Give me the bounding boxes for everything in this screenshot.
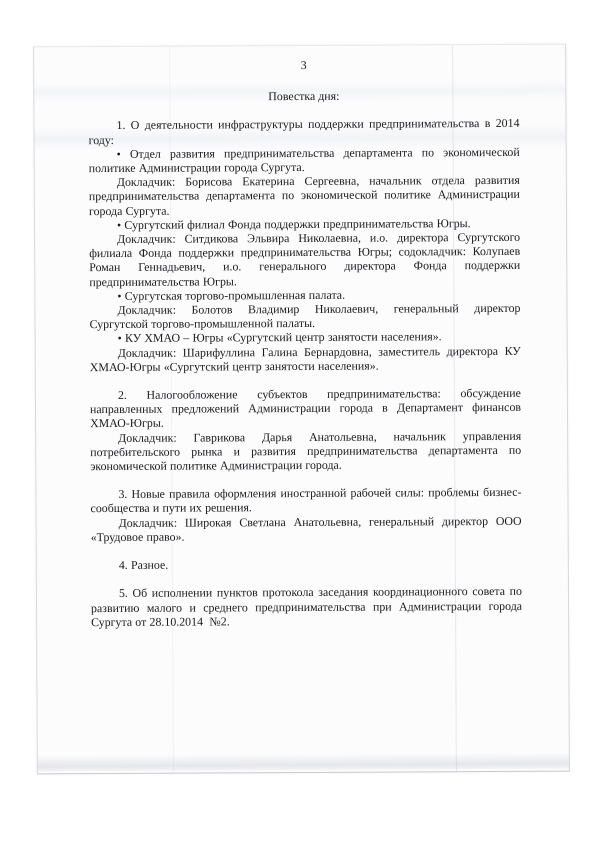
page-number: 3 <box>88 57 519 73</box>
paragraph: Докладчик: Широкая Светлана Анатольевна,… <box>91 514 522 545</box>
document-canvas: 3 Повестка дня: 1. О деятельности инфрас… <box>0 0 595 842</box>
paragraph: 3. Новые правила оформления иностранной … <box>90 485 521 516</box>
paragraph: Докладчик: Болотов Владимир Николаевич, … <box>89 301 520 332</box>
scanned-page: 3 Повестка дня: 1. О деятельности инфрас… <box>33 44 570 775</box>
scan-shadow-bottom <box>38 753 569 772</box>
paragraph: Докладчик: Борисова Екатерина Сергеевна,… <box>89 173 520 218</box>
paragraph: Докладчик: Шарифуллина Галина Бернардовн… <box>90 344 521 375</box>
paragraph: 2. Налогообложение субъектов предпринима… <box>90 386 521 431</box>
paragraph: 4. Разное. <box>91 556 522 572</box>
paragraph: Докладчик: Ситдикова Эльвира Николаевна,… <box>89 230 520 289</box>
document-title: Повестка дня: <box>88 88 519 104</box>
agenda-body: 1. О деятельности инфраструктуры поддерж… <box>88 116 522 629</box>
paragraph: • Отдел развития предпринимательства деп… <box>89 145 520 176</box>
paragraph: 5. Об исполнении пунктов протокола засед… <box>91 584 522 629</box>
paragraph: 1. О деятельности инфраструктуры поддерж… <box>88 116 519 147</box>
document-content: 3 Повестка дня: 1. О деятельности инфрас… <box>34 45 568 630</box>
paragraph: Докладчик: Гаврикова Дарья Анатольевна, … <box>90 429 521 474</box>
